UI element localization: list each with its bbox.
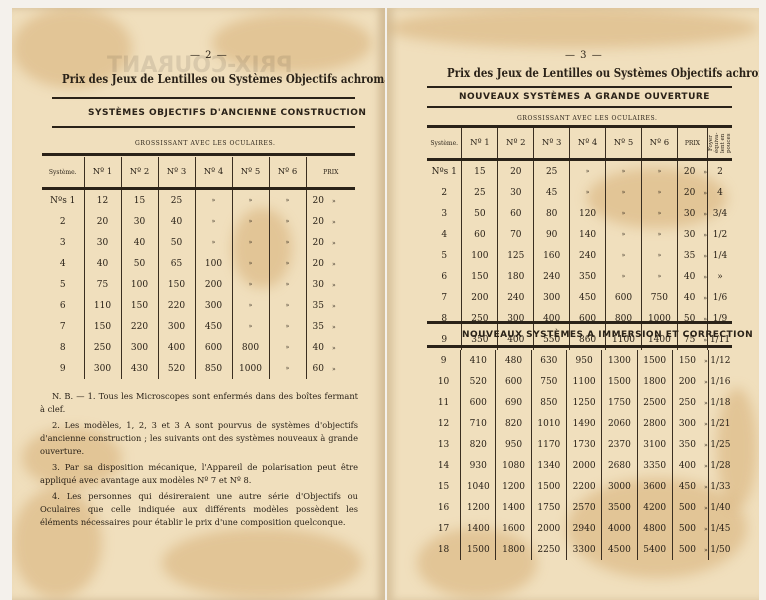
cell-n6: » <box>269 358 306 379</box>
cell-foyer: 1/18 <box>708 392 732 413</box>
cell-n1: 15 <box>462 160 498 183</box>
cell-n2: 1600 <box>496 518 531 539</box>
prix-francs: 20 <box>313 259 324 269</box>
cell-prix: 40» <box>677 266 707 287</box>
table-row: 4405065100»»20» <box>42 253 355 274</box>
col-header-prix: PRIX <box>677 128 707 160</box>
cell-systeme: 9 <box>42 358 84 379</box>
cell-prix: 20» <box>306 189 355 212</box>
cell-systeme: Nºs 1 <box>427 160 462 183</box>
cell-n3: 90 <box>534 224 570 245</box>
cell-prix: 500» <box>672 497 708 518</box>
prix-francs: 20 <box>684 188 695 198</box>
cell-prix: 50» <box>677 308 707 329</box>
prix-centimes: » <box>704 484 708 491</box>
cell-n3: 1340 <box>531 455 566 476</box>
cell-n3: 750 <box>531 371 566 392</box>
cell-n1: 1500 <box>461 539 496 560</box>
stain <box>387 8 759 48</box>
prix-francs: 350 <box>679 440 696 450</box>
cell-n2: 1400 <box>496 497 531 518</box>
cell-n2: 430 <box>121 358 158 379</box>
table-row: 3304050»»»20» <box>42 232 355 253</box>
cell-n5: 2680 <box>602 455 637 476</box>
cell-n5: » <box>232 189 269 212</box>
cell-n2: 1800 <box>496 539 531 560</box>
cell-systeme: Nºs 1 <box>42 189 84 212</box>
cell-systeme: 2 <box>42 211 84 232</box>
cell-foyer: 1/25 <box>708 434 732 455</box>
cell-prix: 40» <box>306 337 355 358</box>
cell-prix: 500» <box>672 518 708 539</box>
cell-n6: 750 <box>641 287 677 308</box>
prix-centimes: » <box>703 169 707 176</box>
prix-centimes: » <box>332 198 336 205</box>
cell-n5: 4500 <box>602 539 637 560</box>
prix-francs: 30 <box>684 230 695 240</box>
cell-foyer: 4 <box>707 182 732 203</box>
cell-foyer: 1/50 <box>708 539 732 560</box>
cell-n3: 80 <box>534 203 570 224</box>
prix-centimes: » <box>332 345 336 352</box>
col-header-n3: Nº 3 <box>534 128 570 160</box>
cell-prix: 300» <box>672 413 708 434</box>
cell-n1: 1040 <box>461 476 496 497</box>
section-title-immersion: NOUVEAUX SYSTÈMES A IMMERSION ET CORRECT… <box>462 330 753 340</box>
cell-n1: 75 <box>84 274 121 295</box>
cell-systeme: 3 <box>42 232 84 253</box>
cell-n3: 25 <box>158 189 195 212</box>
cell-n4: » <box>195 211 232 232</box>
cell-n1: 200 <box>462 287 498 308</box>
cell-n6: 3600 <box>637 476 672 497</box>
cell-n4: 1730 <box>566 434 601 455</box>
cell-n2: 600 <box>496 371 531 392</box>
cell-n2: 480 <box>496 350 531 371</box>
cell-n5: 1500 <box>602 371 637 392</box>
note-1: N. B. — 1. Tous les Microscopes sont enf… <box>40 390 358 416</box>
price-table-grande-ouverture: Système. Nº 1 Nº 2 Nº 3 Nº 4 Nº 5 Nº 6 P… <box>427 128 732 350</box>
cell-prix: 250» <box>672 392 708 413</box>
cell-n4: 1490 <box>566 413 601 434</box>
divider <box>427 106 732 108</box>
cell-systeme: 7 <box>427 287 462 308</box>
table-header-row: Système. Nº 1 Nº 2 Nº 3 Nº 4 Nº 5 Nº 6 P… <box>427 128 732 160</box>
cell-n5: 2060 <box>602 413 637 434</box>
cell-n2: 300 <box>121 337 158 358</box>
price-table-ancienne: Système. Nº 1 Nº 2 Nº 3 Nº 4 Nº 5 Nº 6 P… <box>42 157 355 379</box>
note-text: 2. Les modèles, 1, 2, 3 et 3 A sont pour… <box>40 420 358 456</box>
prix-centimes: » <box>703 211 707 218</box>
divider <box>427 86 732 88</box>
cell-n6: » <box>269 316 306 337</box>
cell-n4: 100 <box>195 253 232 274</box>
cell-n3: 300 <box>158 316 195 337</box>
table-row: 575100150200»»30» <box>42 274 355 295</box>
prix-francs: 500 <box>679 524 696 534</box>
cell-n5: 800 <box>232 337 269 358</box>
cell-n2: 1080 <box>496 455 531 476</box>
cell-n2: 70 <box>498 224 534 245</box>
cell-prix: 200» <box>672 371 708 392</box>
cell-n4: 2940 <box>566 518 601 539</box>
cell-n3: 40 <box>158 211 195 232</box>
prix-francs: 250 <box>679 398 696 408</box>
cell-n4: » <box>570 160 606 183</box>
cell-n4: 2000 <box>566 455 601 476</box>
cell-n4: » <box>195 189 232 212</box>
prix-centimes: » <box>704 505 708 512</box>
cell-n2: 180 <box>498 266 534 287</box>
col-header-systeme: Système. <box>42 157 84 189</box>
cell-prix: 30» <box>677 203 707 224</box>
cell-prix: 500» <box>672 539 708 560</box>
divider <box>427 345 732 348</box>
cell-n1: 1400 <box>461 518 496 539</box>
cell-n6: 3350 <box>637 455 672 476</box>
prix-centimes: » <box>332 324 336 331</box>
table-row: 8250300400600800»40» <box>42 337 355 358</box>
prix-francs: 35 <box>313 322 324 332</box>
cell-n5: » <box>606 224 642 245</box>
col-header-systeme: Système. <box>427 128 462 160</box>
section-subtitle: GROSSISSANT AVEC LES OCULAIRES. <box>517 115 658 122</box>
cell-n6: 4800 <box>637 518 672 539</box>
cell-n6: » <box>269 232 306 253</box>
cell-systeme: 16 <box>427 497 461 518</box>
cell-n6: » <box>641 224 677 245</box>
cell-systeme: 15 <box>427 476 461 497</box>
cell-n6: » <box>269 274 306 295</box>
cell-systeme: 6 <box>427 266 462 287</box>
cell-n5: 3000 <box>602 476 637 497</box>
col-header-foyer: Foyer équiva-lent en pouces <box>707 128 732 160</box>
cell-n5: 1000 <box>232 358 269 379</box>
prix-francs: 20 <box>313 217 324 227</box>
prix-francs: 30 <box>684 209 695 219</box>
cell-n3: 45 <box>534 182 570 203</box>
cell-prix: 35» <box>306 316 355 337</box>
prix-centimes: » <box>332 282 336 289</box>
table-row: Nºs 1121525»»»20» <box>42 189 355 212</box>
cell-n5: 600 <box>606 287 642 308</box>
cell-n1: 300 <box>84 358 121 379</box>
table-row: 2203040»»»20» <box>42 211 355 232</box>
cell-n5: 1300 <box>602 350 637 371</box>
col-header-n2: Nº 2 <box>121 157 158 189</box>
table-row: 1493010801340200026803350400»1/28 <box>427 455 732 476</box>
divider <box>52 126 355 128</box>
prix-francs: 35 <box>684 251 695 261</box>
table-row: 138209501170173023703100350»1/25 <box>427 434 732 455</box>
cell-prix: 400» <box>672 455 708 476</box>
prix-centimes: » <box>704 421 708 428</box>
cell-n5: » <box>232 295 269 316</box>
cell-n1: 1200 <box>461 497 496 518</box>
table-row: 11600690850125017502500250»1/18 <box>427 392 732 413</box>
prix-centimes: » <box>704 463 708 470</box>
note-3: 3. Par sa disposition mécanique, l'Appar… <box>40 461 358 487</box>
table-row: 6110150220300»»35» <box>42 295 355 316</box>
prix-centimes: » <box>332 219 336 226</box>
table-row: 7150220300450»»35» <box>42 316 355 337</box>
cell-foyer: 1/21 <box>708 413 732 434</box>
table-row: 17140016002000294040004800500»1/45 <box>427 518 732 539</box>
prix-centimes: » <box>332 303 336 310</box>
cell-n3: 240 <box>534 266 570 287</box>
cell-n5: » <box>232 274 269 295</box>
cell-n1: 250 <box>462 308 498 329</box>
prix-centimes: » <box>704 526 708 533</box>
col-header-n1: Nº 1 <box>462 128 498 160</box>
cell-n3: 220 <box>158 295 195 316</box>
cell-n5: » <box>232 232 269 253</box>
cell-foyer: 1/40 <box>708 497 732 518</box>
cell-n6: » <box>269 253 306 274</box>
cell-n4: 200 <box>195 274 232 295</box>
cell-n5: 2370 <box>602 434 637 455</box>
col-header-n1: Nº 1 <box>84 157 121 189</box>
col-header-prix: PRIX <box>306 157 355 189</box>
col-header-n6: Nº 6 <box>641 128 677 160</box>
cell-n6: » <box>641 160 677 183</box>
table-row: 18150018002250330045005400500»1/50 <box>427 539 732 560</box>
cell-n4: 2570 <box>566 497 601 518</box>
cell-n4: 350 <box>570 266 606 287</box>
cell-n4: 1250 <box>566 392 601 413</box>
prix-centimes: » <box>704 379 708 386</box>
cell-n3: 1010 <box>531 413 566 434</box>
col-header-n6: Nº 6 <box>269 157 306 189</box>
prix-centimes: » <box>704 400 708 407</box>
cell-n6: 1800 <box>637 371 672 392</box>
cell-n1: 30 <box>84 232 121 253</box>
cell-n1: 820 <box>461 434 496 455</box>
cell-n5: 3500 <box>602 497 637 518</box>
cell-n1: 150 <box>84 316 121 337</box>
prix-francs: 200 <box>679 377 696 387</box>
cell-prix: 30» <box>306 274 355 295</box>
note-text: N. B. — 1. Tous les Microscopes sont enf… <box>40 391 358 414</box>
table-row: 2253045»»»20»4 <box>427 182 732 203</box>
cell-n3: 300 <box>534 287 570 308</box>
cell-n2: 150 <box>121 295 158 316</box>
cell-n6: 1000 <box>641 308 677 329</box>
prix-centimes: » <box>704 547 708 554</box>
prix-centimes: » <box>703 190 707 197</box>
prix-centimes: » <box>703 253 707 260</box>
cell-n5: » <box>606 203 642 224</box>
cell-prix: 35» <box>306 295 355 316</box>
prix-francs: 500 <box>679 545 696 555</box>
col-header-n5: Nº 5 <box>232 157 269 189</box>
cell-prix: 30» <box>677 224 707 245</box>
cell-n3: 150 <box>158 274 195 295</box>
cell-n4: » <box>195 232 232 253</box>
cell-systeme: 9 <box>427 350 461 371</box>
cell-n1: 100 <box>462 245 498 266</box>
cell-n1: 25 <box>462 182 498 203</box>
cell-n1: 520 <box>461 371 496 392</box>
cell-n5: 4000 <box>602 518 637 539</box>
cell-n5: » <box>232 211 269 232</box>
table-row: 8250300400600800100050»1/9 <box>427 308 732 329</box>
cell-n3: 50 <box>158 232 195 253</box>
prix-centimes: » <box>703 295 707 302</box>
cell-n3: 25 <box>534 160 570 183</box>
table-row: 93004305208501000»60» <box>42 358 355 379</box>
cell-n1: 710 <box>461 413 496 434</box>
col-header-n2: Nº 2 <box>498 128 534 160</box>
page-number: — 3 — <box>565 50 603 61</box>
cell-n6: » <box>641 245 677 266</box>
divider <box>427 321 732 324</box>
cell-n3: 850 <box>531 392 566 413</box>
cell-n4: 140 <box>570 224 606 245</box>
cell-systeme: 6 <box>42 295 84 316</box>
table-row: 5100125160240»»35»1/4 <box>427 245 732 266</box>
table-row: 16120014001750257035004200500»1/40 <box>427 497 732 518</box>
cell-n2: 30 <box>121 211 158 232</box>
left-page: PRIX-COURANT — 2 — Prix des Jeux de Lent… <box>12 8 385 600</box>
cell-n3: 160 <box>534 245 570 266</box>
cell-n6: 2800 <box>637 413 672 434</box>
cell-systeme: 5 <box>42 274 84 295</box>
col-header-n5: Nº 5 <box>606 128 642 160</box>
table-row: 4607090140»»30»1/2 <box>427 224 732 245</box>
cell-n3: 630 <box>531 350 566 371</box>
cell-systeme: 10 <box>427 371 461 392</box>
cell-n1: 110 <box>84 295 121 316</box>
prix-francs: 450 <box>679 482 696 492</box>
divider <box>52 97 355 99</box>
section-title-grande-ouverture: NOUVEAUX SYSTÈMES A GRANDE OUVERTURE <box>459 92 710 102</box>
prix-francs: 20 <box>684 167 695 177</box>
cell-foyer: 1/12 <box>708 350 732 371</box>
prix-centimes: » <box>332 261 336 268</box>
cell-n2: 60 <box>498 203 534 224</box>
table-row: 941048063095013001500150»1/12 <box>427 350 732 371</box>
cell-n1: 12 <box>84 189 121 212</box>
cell-foyer: 2 <box>707 160 732 183</box>
cell-n3: 520 <box>158 358 195 379</box>
cell-systeme: 3 <box>427 203 462 224</box>
prix-francs: 150 <box>679 356 696 366</box>
cell-foyer: 1/28 <box>708 455 732 476</box>
page-title: Prix des Jeux de Lentilles ou Systèmes O… <box>62 71 385 86</box>
prix-francs: 20 <box>313 238 324 248</box>
table-row: Nºs 1152025»»»20»2 <box>427 160 732 183</box>
cell-n5: » <box>232 253 269 274</box>
cell-n6: 3100 <box>637 434 672 455</box>
cell-n6: » <box>269 211 306 232</box>
cell-foyer: 1/2 <box>707 224 732 245</box>
cell-prix: 40» <box>677 287 707 308</box>
cell-n1: 930 <box>461 455 496 476</box>
cell-n6: 5400 <box>637 539 672 560</box>
prix-francs: 40 <box>684 272 695 282</box>
cell-prix: 20» <box>306 211 355 232</box>
cell-n4: 600 <box>570 308 606 329</box>
prix-centimes: » <box>704 442 708 449</box>
cell-n3: 400 <box>158 337 195 358</box>
cell-n2: 820 <box>496 413 531 434</box>
notes-block: N. B. — 1. Tous les Microscopes sont enf… <box>40 390 358 532</box>
cell-n5: » <box>606 245 642 266</box>
table-row: 3506080120»»30»3/4 <box>427 203 732 224</box>
cell-n6: » <box>269 189 306 212</box>
cell-n2: 125 <box>498 245 534 266</box>
cell-prix: 20» <box>306 232 355 253</box>
cell-n2: 690 <box>496 392 531 413</box>
section-subtitle: GROSSISSANT AVEC LES OCULAIRES. <box>135 140 276 147</box>
cell-systeme: 7 <box>42 316 84 337</box>
cell-systeme: 4 <box>42 253 84 274</box>
cell-n2: 950 <box>496 434 531 455</box>
page-number: — 2 — <box>190 50 228 61</box>
cell-foyer: 1/6 <box>707 287 732 308</box>
cell-n2: 220 <box>121 316 158 337</box>
cell-n3: 1750 <box>531 497 566 518</box>
cell-prix: 35» <box>677 245 707 266</box>
cell-n4: 3300 <box>566 539 601 560</box>
cell-n4: 950 <box>566 350 601 371</box>
cell-n4: » <box>570 182 606 203</box>
table-row: 127108201010149020602800300»1/21 <box>427 413 732 434</box>
cell-n4: 450 <box>195 316 232 337</box>
cell-systeme: 2 <box>427 182 462 203</box>
prix-centimes: » <box>332 240 336 247</box>
cell-n2: 30 <box>498 182 534 203</box>
cell-n4: 2200 <box>566 476 601 497</box>
cell-n4: 120 <box>570 203 606 224</box>
cell-foyer: » <box>707 266 732 287</box>
cell-prix: 150» <box>672 350 708 371</box>
cell-n1: 40 <box>84 253 121 274</box>
cell-n6: » <box>641 182 677 203</box>
section-title: SYSTÈMES OBJECTIFS D'ANCIENNE CONSTRUCTI… <box>88 108 366 118</box>
cell-n6: » <box>641 203 677 224</box>
cell-n5: 800 <box>606 308 642 329</box>
cell-n2: 100 <box>121 274 158 295</box>
note-4: 4. Les personnes qui désireraient une au… <box>40 490 358 529</box>
cell-n3: 1170 <box>531 434 566 455</box>
cell-n4: 850 <box>195 358 232 379</box>
cell-systeme: 17 <box>427 518 461 539</box>
right-page: — 3 — Prix des Jeux de Lentilles ou Syst… <box>387 8 759 600</box>
page-title: Prix des Jeux de Lentilles ou Systèmes O… <box>447 65 759 80</box>
cell-n5: » <box>606 266 642 287</box>
cell-foyer: 3/4 <box>707 203 732 224</box>
cell-n3: 65 <box>158 253 195 274</box>
cell-foyer: 1/45 <box>708 518 732 539</box>
cell-n6: » <box>269 295 306 316</box>
cell-n2: 1200 <box>496 476 531 497</box>
col-header-n4: Nº 4 <box>195 157 232 189</box>
cell-n4: 300 <box>195 295 232 316</box>
cell-foyer: 1/4 <box>707 245 732 266</box>
cell-systeme: 11 <box>427 392 461 413</box>
prix-francs: 20 <box>313 196 324 206</box>
cell-prix: 60» <box>306 358 355 379</box>
cell-prix: 20» <box>677 160 707 183</box>
table-row: 6150180240350»»40»» <box>427 266 732 287</box>
cell-n3: 2250 <box>531 539 566 560</box>
cell-n3: 400 <box>534 308 570 329</box>
prix-francs: 40 <box>313 343 324 353</box>
cell-systeme: 12 <box>427 413 461 434</box>
cell-foyer: 1/9 <box>707 308 732 329</box>
